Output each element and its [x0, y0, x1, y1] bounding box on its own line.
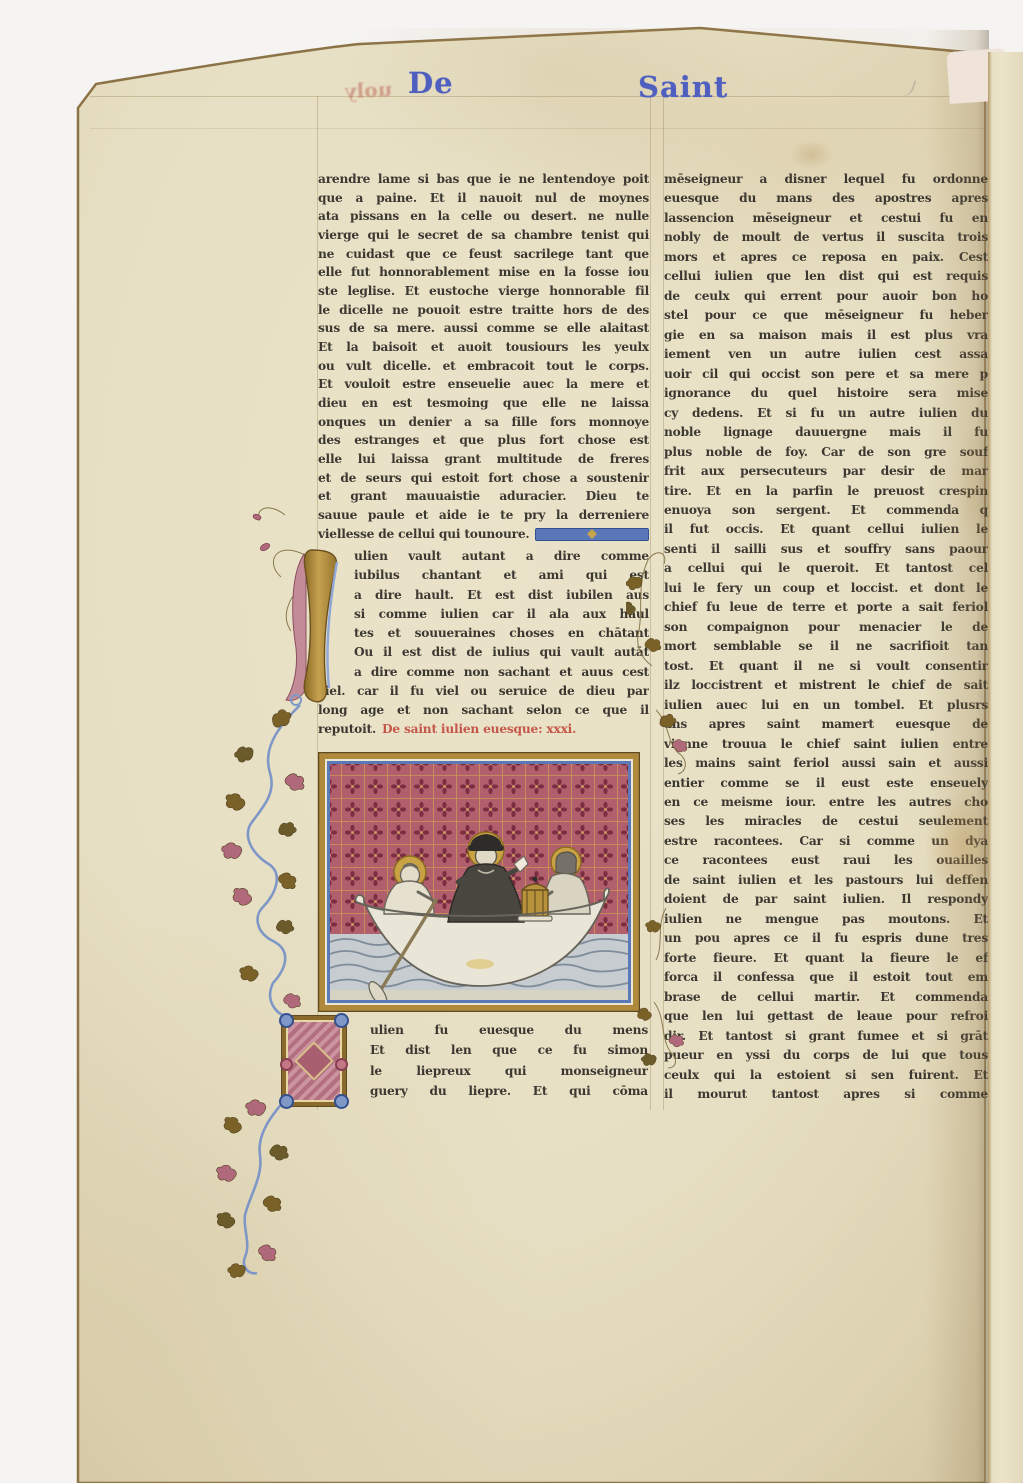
manuscript-text-line: guery du liepre. Et qui cōma — [370, 1081, 648, 1101]
manuscript-text-line: dieu en est tesmoing que elle ne laissa — [318, 394, 649, 413]
manuscript-text-line: elle fut honnorablement mise en la fosse… — [318, 263, 649, 282]
ruling-line-top — [90, 96, 986, 97]
miniature-three-figures-in-boat — [318, 752, 640, 1012]
manuscript-text-line: le liepreux qui monseigneur — [370, 1061, 648, 1081]
manuscript-text-line: ata pissans en la celle ou desert. ne nu… — [318, 207, 649, 226]
running-title-de: De — [408, 66, 454, 100]
manuscript-text-line: ste leglise. Et eustoche vierge honnorab… — [318, 282, 649, 301]
manuscript-text-line: a dire hault. Et est dist iubilen aus — [354, 586, 649, 605]
manuscript-text-line: ne cuidast que ce feust sacrilege tant q… — [318, 245, 649, 264]
manuscript-text-line: a dire comme non sachant et auus cest — [354, 663, 649, 682]
manuscript-text-line: sauue paule et aide ie te pry la derreni… — [318, 506, 649, 525]
manuscript-text-line: vierge qui le secret de sa chambre tenis… — [318, 226, 649, 245]
show-through-text: uoly — [344, 77, 392, 103]
next-folio-edge — [988, 52, 1023, 1483]
manuscript-text-line: sus de sa mere. aussi comme se elle alai… — [318, 319, 649, 338]
left-column-text-block-1: arendre lame si bas que ie ne lentendoye… — [318, 170, 649, 525]
manuscript-text-line: ulien vault autant a dire comme — [354, 547, 649, 566]
illuminated-initial-I — [280, 548, 342, 708]
decorated-initial-I — [282, 1016, 346, 1106]
manuscript-text-line: long age et non sachant selon ce que il — [318, 701, 649, 720]
manuscript-text-line: Ou il est dist de iulius qui vault autāt — [354, 643, 649, 662]
manuscript-text-line: ulien fu euesque du mens — [370, 1020, 648, 1040]
manuscript-text-line: Et la baisoit et auoit tousiours les yeu… — [318, 338, 649, 357]
manuscript-text-line: Et dist len que ce fu simon — [370, 1040, 648, 1060]
manuscript-text-line: et de seurs qui estoit fort chose a sous… — [318, 469, 649, 488]
gutter-shadow — [925, 30, 989, 1483]
manuscript-text-line: le dicelle ne pouoit estre traitte hors … — [318, 301, 649, 320]
ruling-line-top2 — [90, 128, 986, 129]
rubric-line: reputoit. De saint iulien euesque: xxxi. — [318, 720, 649, 739]
manuscript-text-line: des estranges et que plus fort chose est — [318, 431, 649, 450]
manuscript-text-line: si comme iulien car il ala aux haul — [354, 605, 649, 624]
manuscript-text-line: viellesse de cellui qui tounoure. — [318, 525, 649, 544]
manuscript-text-line: arendre lame si bas que ie ne lentendoye… — [318, 170, 649, 189]
manuscript-text-line: viel. car il fu viel ou seruice de dieu … — [318, 682, 649, 701]
manuscript-text-line: onques un denier a sa fille fors monnoye — [318, 413, 649, 432]
left-column-text-block-2-full: viel. car il fu viel ou seruice de dieu … — [318, 682, 649, 721]
manuscript-text-line: et grant mauuaistie aduracier. Dieu te — [318, 487, 649, 506]
manuscript-text-line: que a paine. Et il nauoit nul de moynes — [318, 189, 649, 208]
running-title-saint: Saint — [638, 70, 728, 104]
left-column-text-block-2-indented: ulien vault autant a dire commeiubilus c… — [354, 547, 649, 682]
manuscript-text-line: iubilus chantant et ami qui est — [354, 566, 649, 585]
manuscript-text-line: ou vult dicelle. et embracoit tout le co… — [318, 357, 649, 376]
left-column-text-block-3: ulien fu euesque du mensEt dist len que … — [370, 1020, 648, 1102]
left-part1-last-line: viellesse de cellui qui tounoure. — [318, 525, 529, 544]
line-filler-ornament — [535, 528, 649, 541]
manuscript-text-line: Et vouloit estre enseuelie auec la mere … — [318, 375, 649, 394]
chapter-rubric: De saint iulien euesque: xxxi. — [382, 720, 576, 739]
manuscript-text-line: elle lui laissa grant multitude de frere… — [318, 450, 649, 469]
manuscript-text-line: tes et souueraines choses en chātant — [354, 624, 649, 643]
